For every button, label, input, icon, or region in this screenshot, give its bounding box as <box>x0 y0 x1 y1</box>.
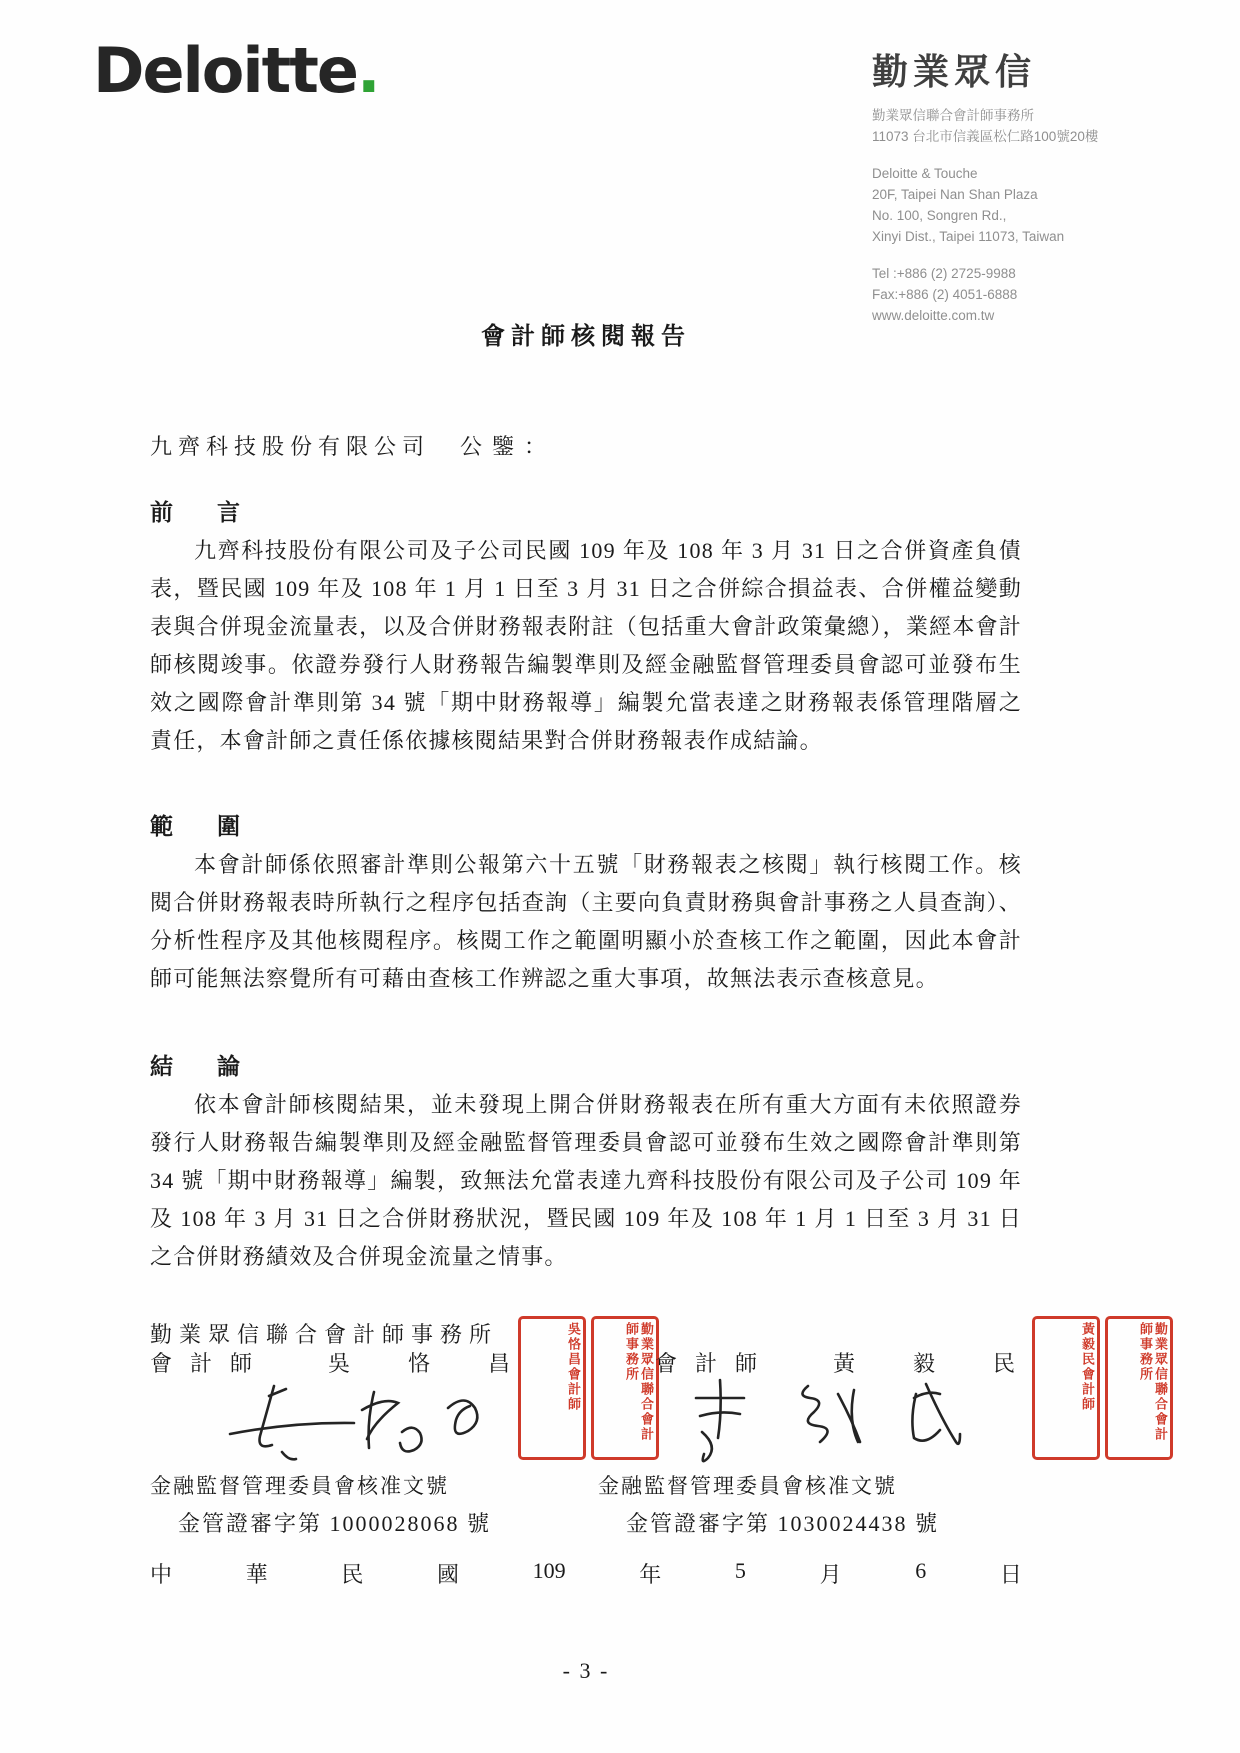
firm-header-block: 勤業眾信 勤業眾信聯合會計師事務所 11073 台北市信義區松仁路100號20樓… <box>872 50 1202 326</box>
addressee-line: 九齊科技股份有限公司公鑒： <box>150 430 556 461</box>
roc-date-line: 中 華 民 國 109 年 5 月 6 日 <box>150 1558 1022 1589</box>
section-conclusion: 結論 依本會計師核閱結果，並未發現上開合併財務報表在所有重大方面有未依照證券發行… <box>150 1052 1022 1276</box>
signature-firm-name: 勤業眾信聯合會計師事務所 <box>150 1318 498 1349</box>
approval-block-right: 金融監督管理委員會核准文號 金管證審字第 1030024438 號 <box>598 1470 939 1538</box>
seal-text: 吳恪昌會計師 <box>566 1322 581 1412</box>
section-heading: 前言 <box>150 498 1022 528</box>
firm-seal: 勤業眾信聯合會計師事務所 <box>1105 1316 1173 1460</box>
report-title: 會計師核閱報告 <box>150 316 1022 351</box>
heading-char: 言 <box>217 498 240 528</box>
approval-block-left: 金融監督管理委員會核准文號 金管證審字第 1000028068 號 <box>150 1470 491 1538</box>
address-en-line: No. 100, Songren Rd., <box>872 205 1202 226</box>
cpa-seal-wu: 吳恪昌會計師 <box>518 1316 586 1460</box>
cpa-seal-huang: 黃毅民會計師 <box>1032 1316 1100 1460</box>
date-month: 5 <box>735 1558 746 1589</box>
firm-name-cn-large: 勤業眾信 <box>872 50 1202 93</box>
firm-address-en: Deloitte & Touche 20F, Taipei Nan Shan P… <box>872 163 1202 247</box>
section-body: 本會計師係依照審計準則公報第六十五號「財務報表之核閱」執行核閱工作。核閱合併財務… <box>150 846 1022 998</box>
approval-number: 金管證審字第 1030024438 號 <box>626 1507 939 1538</box>
handwritten-signature-huang <box>668 1372 968 1470</box>
date-day: 6 <box>915 1558 926 1589</box>
date-char: 日 <box>1000 1558 1022 1589</box>
firm-address-cn: 11073 台北市信義區松仁路100號20樓 <box>872 126 1202 147</box>
heading-char: 範 <box>150 812 173 842</box>
date-char: 年 <box>639 1558 661 1589</box>
heading-char: 前 <box>150 498 173 528</box>
approval-number: 金管證審字第 1000028068 號 <box>178 1507 491 1538</box>
seal-pair-right: 黃毅民會計師 勤業眾信聯合會計師事務所 <box>1032 1316 1173 1460</box>
signer-name-char: 吳 <box>328 1347 350 1378</box>
handwritten-signature-wu <box>212 1376 492 1468</box>
deloitte-logo-text: Deloitte <box>93 34 357 107</box>
seal-pair-left: 吳恪昌會計師 勤業眾信聯合會計師事務所 <box>518 1316 659 1460</box>
seal-text: 黃毅民會計師 <box>1080 1322 1095 1412</box>
signer-name-char: 恪 <box>408 1347 430 1378</box>
address-en-line: 20F, Taipei Nan Shan Plaza <box>872 184 1202 205</box>
heading-char: 圍 <box>217 812 240 842</box>
section-heading: 範圍 <box>150 812 1022 842</box>
fax-line: Fax:+886 (2) 4051-6888 <box>872 284 1202 305</box>
signer-role: 會計師 <box>150 1351 270 1376</box>
date-char: 中 <box>150 1558 172 1589</box>
signer-name-char: 昌 <box>488 1347 510 1378</box>
addressee-salutation: 公鑒： <box>460 434 556 459</box>
tel-line: Tel :+886 (2) 2725-9988 <box>872 263 1202 284</box>
section-preface: 前言 九齊科技股份有限公司及子公司民國 109 年及 108 年 3 月 31 … <box>150 498 1022 760</box>
deloitte-logo: Deloitte. <box>93 40 379 102</box>
firm-seal: 勤業眾信聯合會計師事務所 <box>591 1316 659 1460</box>
address-en-line: Xinyi Dist., Taipei 11073, Taiwan <box>872 226 1202 247</box>
date-char: 民 <box>341 1558 363 1589</box>
date-char: 月 <box>820 1558 842 1589</box>
signer-name-char: 民 <box>993 1347 1015 1378</box>
seal-text: 勤業眾信聯合會計師事務所 <box>1138 1322 1168 1442</box>
section-body: 九齊科技股份有限公司及子公司民國 109 年及 108 年 3 月 31 日之合… <box>150 532 1022 760</box>
section-heading: 結論 <box>150 1052 1022 1082</box>
section-body: 依本會計師核閱結果，並未發現上開合併財務報表在所有重大方面有未依照證券發行人財務… <box>150 1086 1022 1276</box>
addressee-company: 九齊科技股份有限公司 <box>150 434 430 459</box>
firm-name-cn-full: 勤業眾信聯合會計師事務所 <box>872 105 1202 126</box>
page-number: - 3 - <box>150 1658 1022 1684</box>
approval-title: 金融監督管理委員會核准文號 <box>598 1470 939 1500</box>
section-scope: 範圍 本會計師係依照審計準則公報第六十五號「財務報表之核閱」執行核閱工作。核閱合… <box>150 812 1022 998</box>
date-year: 109 <box>533 1558 566 1589</box>
heading-char: 論 <box>217 1052 240 1082</box>
review-report-page: Deloitte. 勤業眾信 勤業眾信聯合會計師事務所 11073 台北市信義區… <box>0 0 1240 1753</box>
seal-text: 勤業眾信聯合會計師事務所 <box>624 1322 654 1442</box>
firm-name-en: Deloitte & Touche <box>872 163 1202 184</box>
date-char: 國 <box>437 1558 459 1589</box>
deloitte-green-dot-icon: . <box>357 34 379 107</box>
heading-char: 結 <box>150 1052 173 1082</box>
approval-title: 金融監督管理委員會核准文號 <box>150 1470 491 1500</box>
signer-left-row: 會計師吳恪昌 <box>150 1347 510 1378</box>
date-char: 華 <box>246 1558 268 1589</box>
